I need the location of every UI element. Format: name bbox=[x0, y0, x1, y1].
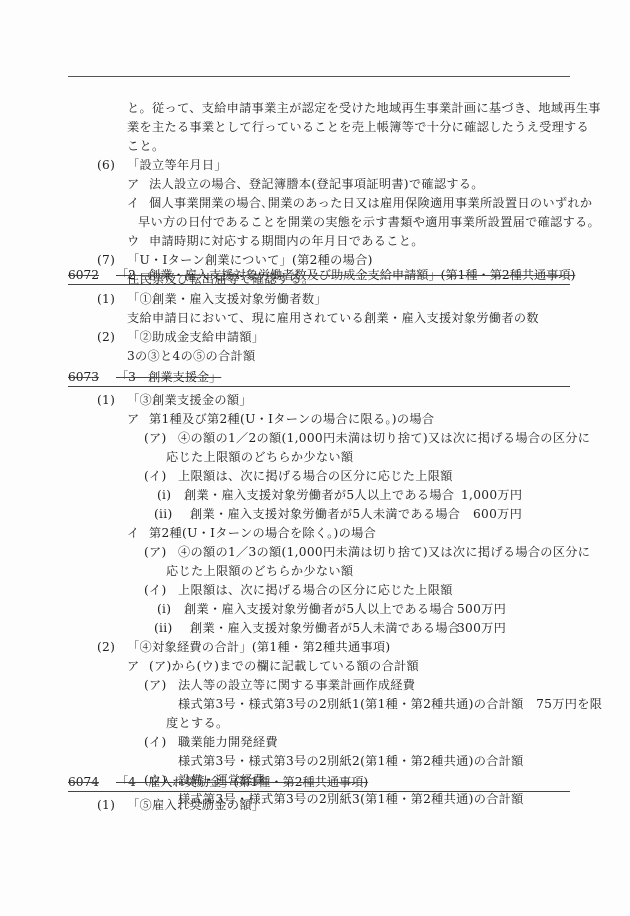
section-header-6074: 6074「4 雇入れ奨励金」(第1種・第2種共通事項) bbox=[68, 773, 570, 792]
paren-mark: (イ) bbox=[144, 734, 167, 750]
paren-text: 応じた上限額のどちらか少ない額 bbox=[166, 563, 353, 579]
paragraph-line: こと。 bbox=[127, 138, 164, 154]
paren-text: ④の額の1／3の額(1,000円未満は切り捨て)又は次に掲げる場合の区分に bbox=[178, 544, 590, 560]
paren-mark: (ア) bbox=[144, 677, 167, 693]
subitem-text: (ア)から(ウ)までの欄に記載している額の合計額 bbox=[149, 658, 419, 674]
item-number: (1) bbox=[97, 291, 115, 307]
paren-text: 応じた上限額のどちらか少ない額 bbox=[166, 449, 353, 465]
item-title: 「⑤雇入れ奨励金の額」 bbox=[127, 797, 264, 813]
paren-text: 上限額は、次に掲げる場合の区分に応じた上限額 bbox=[178, 468, 453, 484]
item-number: (2) bbox=[97, 639, 115, 655]
item-number: (1) bbox=[97, 797, 115, 813]
subitem-mark: ア bbox=[127, 658, 140, 674]
section-code: 6073 bbox=[68, 368, 116, 386]
subitem-mark: ア bbox=[127, 176, 140, 192]
paren-mark: (イ) bbox=[144, 468, 167, 484]
item-title: 「①創業・雇入支援対象労働者数」 bbox=[127, 291, 327, 307]
roman-text: 創業・雇入支援対象労働者が5人未満である場合 bbox=[190, 620, 460, 636]
paren-text: 度とする。 bbox=[166, 715, 228, 731]
item-text: 3の③と4の⑤の合計額 bbox=[127, 348, 256, 364]
top-rule bbox=[68, 76, 570, 77]
subitem-text: 申請時期に対応する期間内の年月日であること。 bbox=[149, 233, 424, 249]
item-text: 支給申請日において、現に雇用されている創業・雇入支援対象労働者の数 bbox=[127, 310, 539, 326]
section-header-6072: 6072「2 創業・雇入支援対象労働者数及び助成金支給申請額」(第1種・第2種共… bbox=[68, 266, 570, 285]
subitem-text: 法人設立の場合、登記簿謄本(登記事項証明書)で確認する。 bbox=[149, 176, 484, 192]
roman-text: 創業・雇入支援対象労働者が5人以上である場合 bbox=[184, 601, 454, 617]
paren-mark: (ア) bbox=[144, 430, 167, 446]
item-number: (6) bbox=[97, 157, 115, 173]
amount: 300万円 bbox=[457, 620, 506, 636]
item-title: 「設立等年月日」 bbox=[127, 157, 227, 173]
roman-text: 創業・雇入支援対象労働者が5人未満である場合 bbox=[190, 506, 460, 522]
paren-text: ④の額の1／2の額(1,000円未満は切り捨て)又は次に掲げる場合の区分に bbox=[178, 430, 590, 446]
paren-mark: (イ) bbox=[144, 582, 167, 598]
roman-mark: (ii) bbox=[154, 620, 173, 636]
section-title: 「2 創業・雇入支援対象労働者数及び助成金支給申請額」(第1種・第2種共通事項) bbox=[116, 266, 575, 284]
subitem-mark: ウ bbox=[127, 233, 140, 249]
section-code: 6072 bbox=[68, 266, 116, 284]
roman-mark: (i) bbox=[157, 487, 171, 503]
subitem-mark: ア bbox=[127, 411, 140, 427]
subitem-text: 第1種及び第2種(U・Iターンの場合に限る。)の場合 bbox=[149, 411, 434, 427]
paren-mark: (ア) bbox=[144, 544, 167, 560]
paren-text: 上限額は、次に掲げる場合の区分に応じた上限額 bbox=[178, 582, 453, 598]
amount: 1,000万円 bbox=[461, 487, 522, 503]
item-title: 「④対象経費の合計」(第1種・第2種共通事項) bbox=[127, 639, 390, 655]
paren-text: 様式第3号・様式第3号の2別紙1(第1種・第2種共通)の合計額 75万円を限 bbox=[178, 696, 602, 712]
paragraph-line: 業を主たる事業として行っていることを売上帳簿等で十分に確認したうえ受理する bbox=[127, 119, 589, 135]
paren-title: 職業能力開発経費 bbox=[178, 734, 278, 750]
subitem-mark: イ bbox=[127, 525, 140, 541]
section-title: 「4 雇入れ奨励金」(第1種・第2種共通事項) bbox=[116, 773, 368, 791]
item-title: 「③創業支援金の額」 bbox=[127, 392, 252, 408]
paren-title: 法人等の設立等に関する事業計画作成経費 bbox=[178, 677, 415, 693]
item-title: 「②助成金支給申請額」 bbox=[127, 329, 264, 345]
paren-text: 様式第3号・様式第3号の2別紙2(第1種・第2種共通)の合計額 bbox=[178, 753, 524, 769]
subitem-mark: イ bbox=[127, 195, 140, 211]
section-header-6073: 6073「3 創業支援金」 bbox=[68, 368, 570, 387]
paragraph-line: と。従って、支給申請事業主が認定を受けた地域再生事業計画に基づき、地域再生事 bbox=[127, 100, 601, 116]
subitem-text: 早い方の日付であることを開業の実態を示す書類や適用事業所設置届で確認する。 bbox=[138, 214, 600, 230]
item-number: (2) bbox=[97, 329, 115, 345]
amount: 500万円 bbox=[457, 601, 506, 617]
section-title: 「3 創業支援金」 bbox=[116, 368, 221, 386]
roman-text: 創業・雇入支援対象労働者が5人以上である場合 bbox=[184, 487, 454, 503]
subitem-text: 第2種(U・Iターンの場合を除く。)の場合 bbox=[149, 525, 376, 541]
amount: 600万円 bbox=[473, 506, 522, 522]
roman-mark: (ii) bbox=[154, 506, 173, 522]
item-number: (1) bbox=[97, 392, 115, 408]
section-code: 6074 bbox=[68, 773, 116, 791]
subitem-text: 個人事業開業の場合､開業のあった日又は雇用保険適用事業所設置日のいずれか bbox=[149, 195, 592, 211]
roman-mark: (i) bbox=[157, 601, 171, 617]
